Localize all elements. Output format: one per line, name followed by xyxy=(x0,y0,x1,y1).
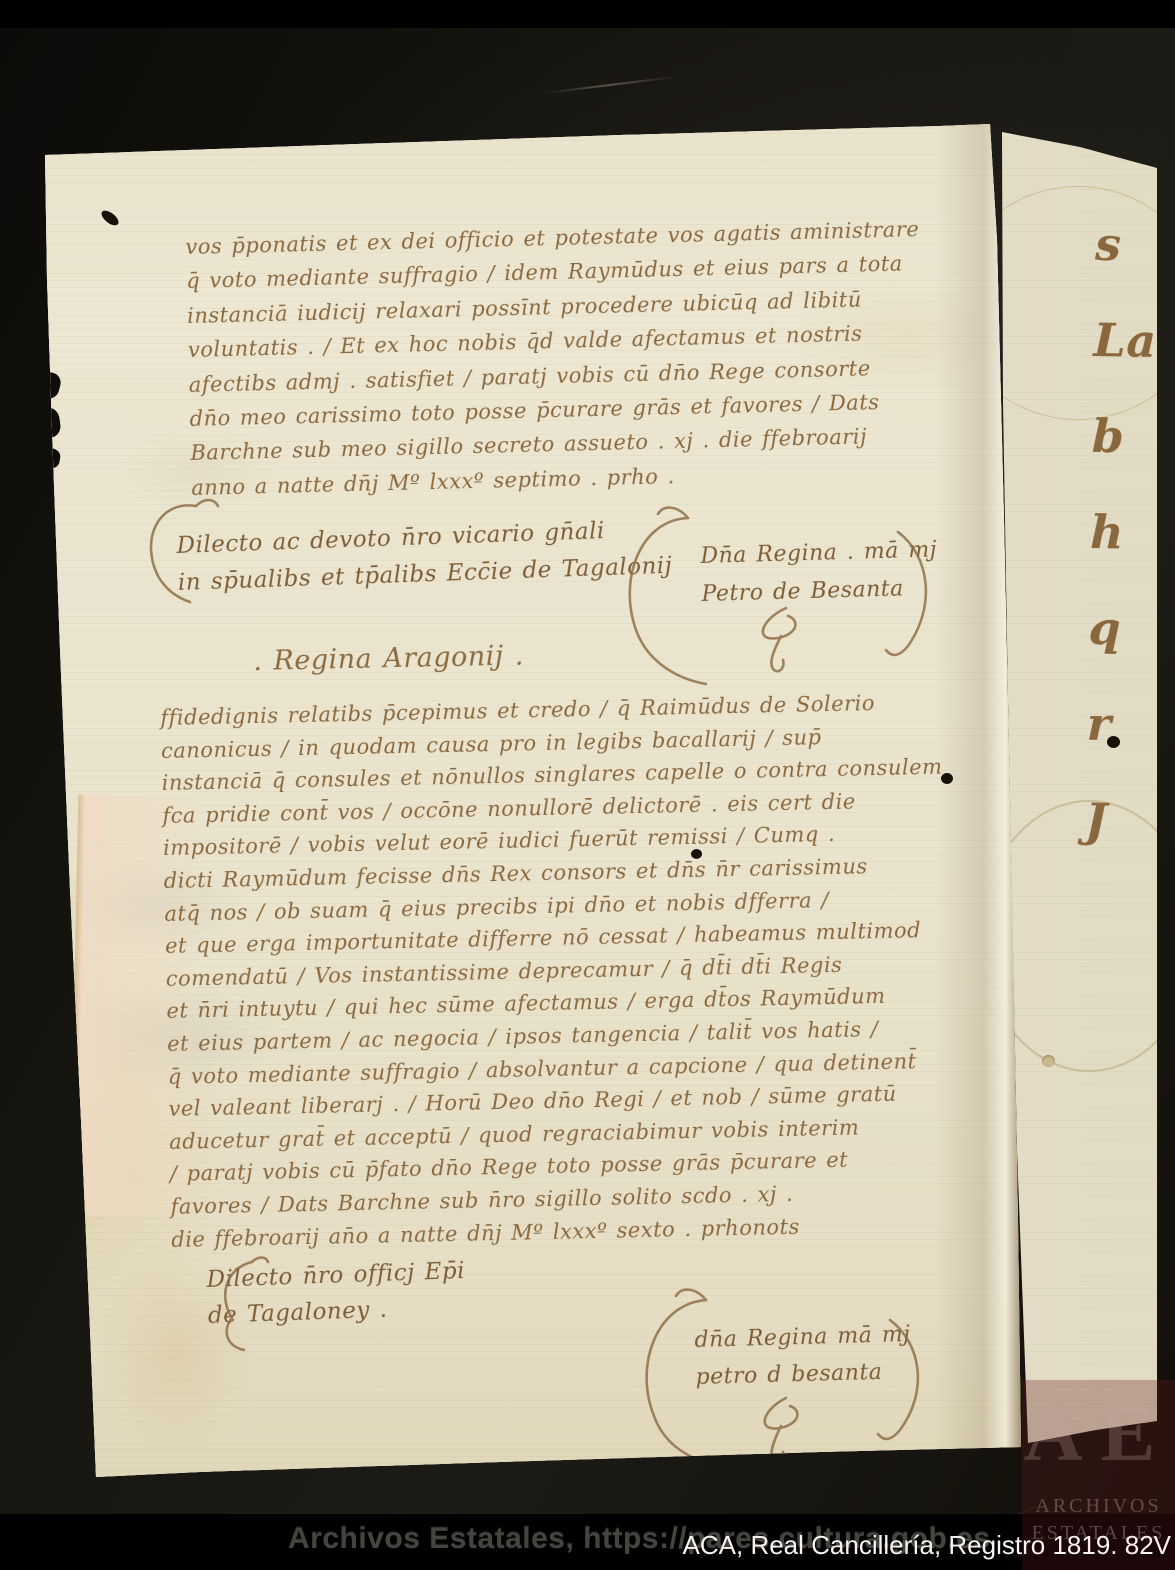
brace-address-2 xyxy=(225,1262,252,1350)
paren-open-signature-1 xyxy=(630,518,706,684)
wax-dot xyxy=(1042,1055,1055,1067)
paraph-mark-2 xyxy=(765,1398,798,1428)
logo-text-archivos: ARCHIVOS xyxy=(1022,1495,1175,1518)
archive-scan-photo: sLabhqrJ vos p̄ponatis et ex dei officio… xyxy=(0,0,1175,1570)
logo-monogram: AE xyxy=(1022,1386,1175,1480)
letterbox-band-top xyxy=(0,0,1175,28)
paren-close-signature-1 xyxy=(886,532,926,655)
paraph-mark-1 xyxy=(763,608,796,638)
paren-close-signature-2 xyxy=(878,1320,918,1439)
punch-hole xyxy=(1107,736,1120,748)
caption-reference: ACA, Real Cancillería, Registro 1819. 82… xyxy=(683,1530,1171,1561)
brace-address-1 xyxy=(151,505,196,602)
backdrop-scratch xyxy=(540,75,679,94)
paren-open-signature-2 xyxy=(647,1300,724,1466)
